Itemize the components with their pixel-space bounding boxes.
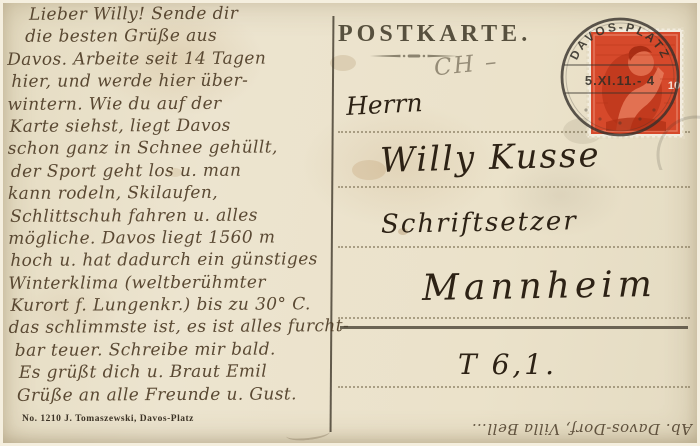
address-street: T 6,1. xyxy=(458,348,557,381)
postcard-scan: POSTKARTE. Lieber Willy! Sende dir die b… xyxy=(0,0,700,446)
message-line: hier, und werde hier über- xyxy=(11,70,347,94)
message-line: hoch u. hat dadurch ein günstiges xyxy=(10,249,348,273)
address-rule-dotted xyxy=(338,246,690,248)
sender-note-inverted: Ab. Davos-Dorf, Villa Bell… xyxy=(396,420,692,438)
message-line: Winterklima (weltberühmter xyxy=(8,272,348,296)
message-line: Davos. Arbeite seit 14 Tagen xyxy=(7,48,347,72)
postmark-bottom-lettering xyxy=(584,108,655,124)
address-city: Mannheim xyxy=(422,264,658,309)
address-rule-dotted xyxy=(338,186,690,188)
message-line: Karte siehst, liegt Davos xyxy=(10,115,348,139)
address-rule-solid xyxy=(340,326,688,329)
message-line: kann rodeln, Skilaufen, xyxy=(8,182,348,206)
message-line: bar teuer. Schreibe mir bald. xyxy=(15,339,349,363)
postmark: DAVOS-PLATZ 5.XI.11.- 4 xyxy=(548,5,700,170)
pencil-note: CH – xyxy=(433,49,500,82)
message-line: Grüße an alle Freunde u. Gust. xyxy=(17,384,349,408)
address-salutation: Herrn xyxy=(345,88,423,121)
address-rule-dotted xyxy=(338,317,690,319)
publisher-imprint: No. 1210 J. Tomaszewski, Davos-Platz xyxy=(22,414,194,424)
postcard-back: POSTKARTE. Lieber Willy! Sende dir die b… xyxy=(0,0,700,446)
handwritten-message: Lieber Willy! Sende dir die besten Grüße… xyxy=(7,3,349,408)
message-line: Kurort f. Lungenkr.) bis zu 30° C. xyxy=(10,294,348,318)
postkarte-heading: POSTKARTE. xyxy=(338,21,490,48)
message-line: Es grüßt dich u. Braut Emil xyxy=(19,361,349,385)
message-line: mögliche. Davos liegt 1560 m xyxy=(8,227,348,251)
message-line: das schlimmste ist, es ist alles furcht- xyxy=(9,317,349,341)
address-occupation: Schriftsetzer xyxy=(381,206,578,239)
message-line: schon ganz in Schnee gehüllt, xyxy=(8,137,348,161)
postmark-date-text: 5.XI.11.- 4 xyxy=(585,73,655,88)
message-line: Lieber Willy! Sende dir xyxy=(29,3,347,27)
message-line: der Sport geht los u. man xyxy=(11,160,348,184)
message-line: die besten Grüße aus xyxy=(25,26,347,50)
message-line: wintern. Wie du auf der xyxy=(7,93,347,117)
postmark-smudge xyxy=(658,117,700,170)
message-line: Schlittschuh fahren u. alles xyxy=(10,205,348,229)
address-rule-dotted xyxy=(338,386,690,388)
pencil-scribble xyxy=(285,426,330,443)
postmark-town-text: DAVOS-PLATZ xyxy=(567,20,673,62)
